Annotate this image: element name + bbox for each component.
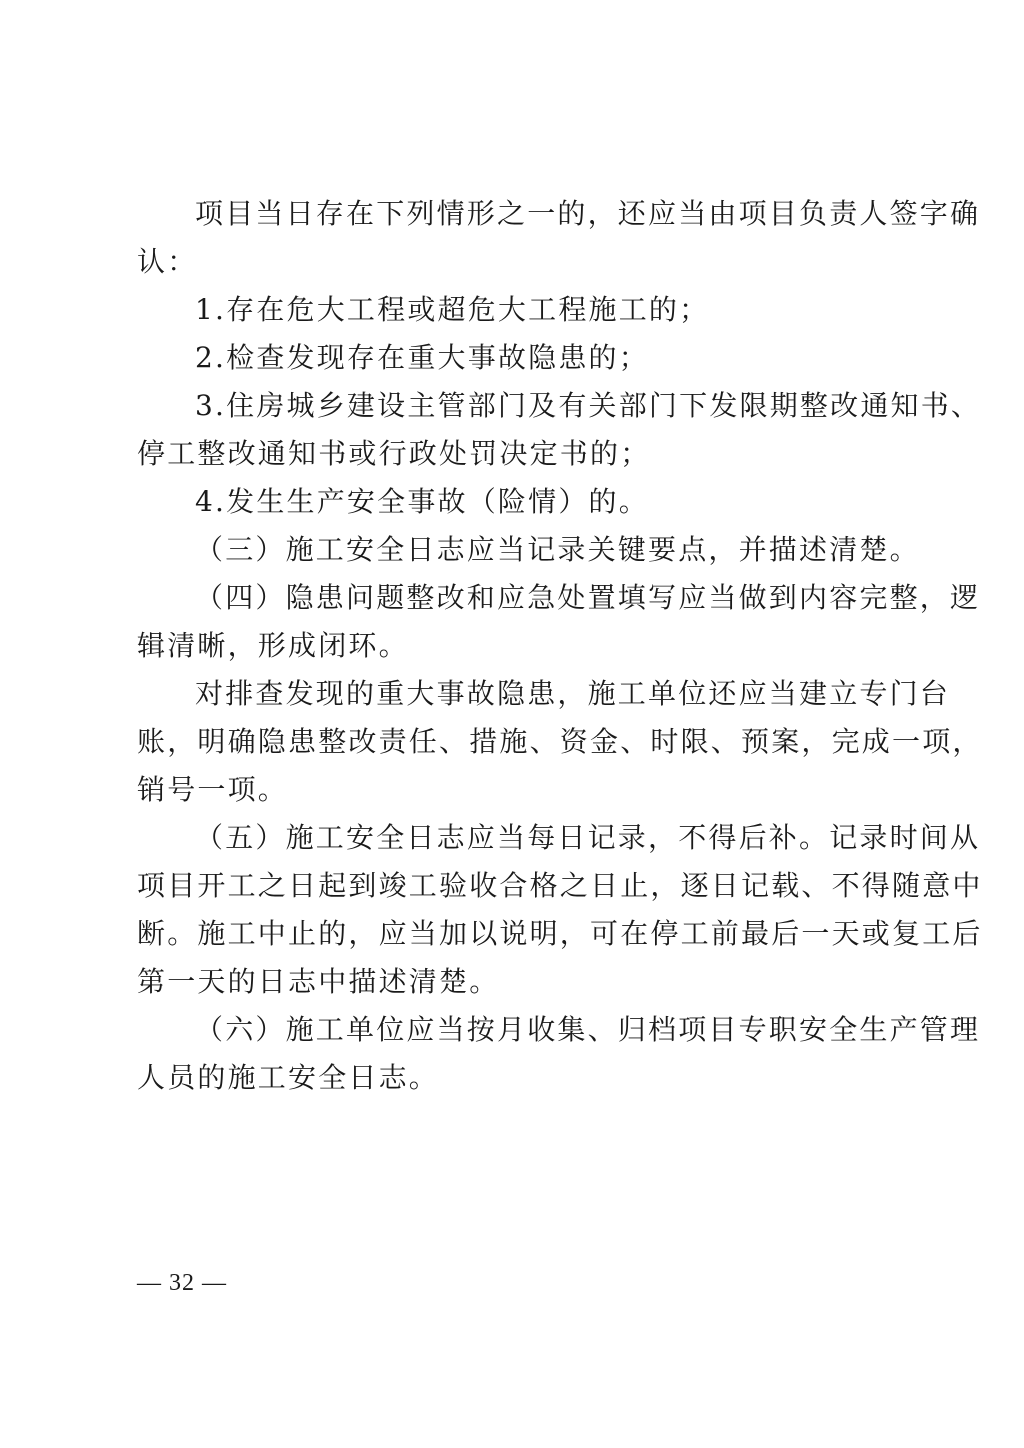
- list-item: 4.发生生产安全事故（险情）的。: [137, 478, 899, 526]
- paragraph-line: 项目开工之日起到竣工验收合格之日止，逐日记载、不得随意中: [137, 862, 899, 910]
- list-item: 3.住房城乡建设主管部门及有关部门下发限期整改通知书、: [137, 382, 899, 430]
- paragraph-line: 断。施工中止的，应当加以说明，可在停工前最后一天或复工后: [137, 910, 899, 958]
- section-item-4: （四）隐患问题整改和应急处置填写应当做到内容完整，逻: [137, 574, 899, 622]
- paragraph-line: 账，明确隐患整改责任、措施、资金、时限、预案，完成一项，: [137, 718, 899, 766]
- paragraph-line: 对排查发现的重大事故隐患，施工单位还应当建立专门台: [137, 670, 899, 718]
- section-item-3: （三）施工安全日志应当记录关键要点，并描述清楚。: [137, 526, 899, 574]
- list-item: 2.检查发现存在重大事故隐患的；: [137, 334, 899, 382]
- page-number: — 32 —: [137, 1270, 227, 1297]
- paragraph-line: 项目当日存在下列情形之一的，还应当由项目负责人签字确: [137, 190, 899, 238]
- list-item-continuation: 停工整改通知书或行政处罚决定书的；: [137, 430, 899, 478]
- paragraph-line: 销号一项。: [137, 766, 899, 814]
- list-item: 1.存在危大工程或超危大工程施工的；: [137, 286, 899, 334]
- section-item-5: （五）施工安全日志应当每日记录，不得后补。记录时间从: [137, 814, 899, 862]
- paragraph-line: 人员的施工安全日志。: [137, 1054, 899, 1102]
- paragraph-line: 认：: [137, 238, 899, 286]
- document-body: 项目当日存在下列情形之一的，还应当由项目负责人签字确 认： 1.存在危大工程或超…: [137, 190, 899, 1102]
- section-item-6: （六）施工单位应当按月收集、归档项目专职安全生产管理: [137, 1006, 899, 1054]
- paragraph-line: 辑清晰，形成闭环。: [137, 622, 899, 670]
- paragraph-line: 第一天的日志中描述清楚。: [137, 958, 899, 1006]
